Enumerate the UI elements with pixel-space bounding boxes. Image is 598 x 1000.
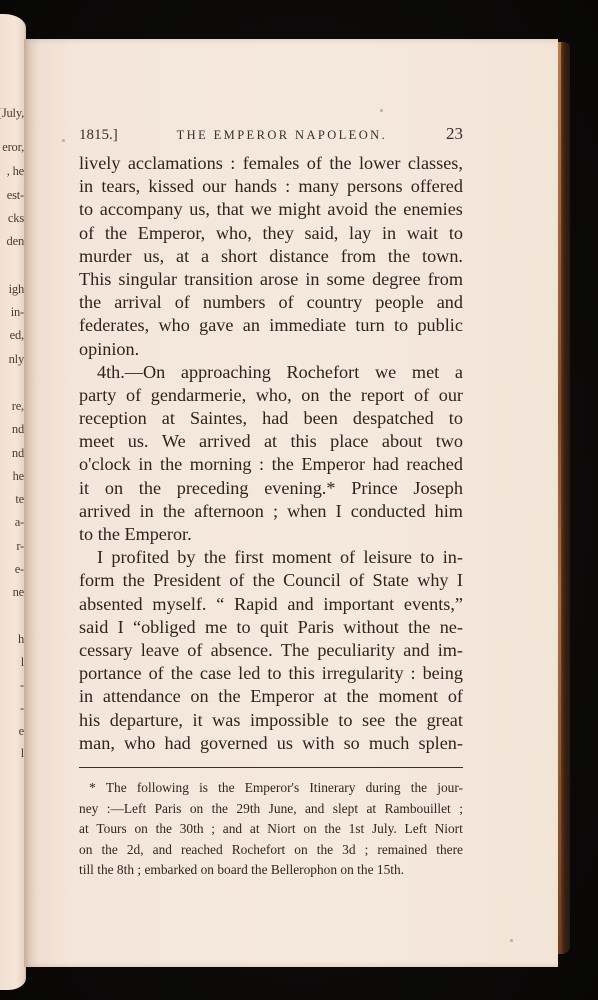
- body-line: absentedmyself.“Rapidandimportantevents,…: [79, 593, 463, 616]
- running-head-year: 1815.]: [79, 127, 118, 144]
- footnote-line: ney:—LeftParisonthe29thJune,andsleptatRa…: [79, 799, 463, 820]
- body-line: cessaryleaveofabsence.Thepeculiarityandi…: [79, 639, 463, 662]
- left-page-text-fragment: e-: [15, 562, 24, 577]
- left-page-text-fragment: ne: [13, 585, 24, 600]
- body-line: toaccompanyus,thatwemightavoidtheenemies: [79, 198, 463, 221]
- body-line: intears,kissedourhands:manypersonsoffere…: [79, 175, 463, 198]
- left-page-text-fragment: nly: [9, 352, 24, 367]
- body-line: opinion.: [79, 338, 463, 361]
- left-page-text-fragment: , he: [7, 164, 24, 179]
- body-line: murderus,atashortdistancefromthetown.: [79, 245, 463, 268]
- paper-speck: [380, 109, 383, 112]
- left-page-text-fragment: igh: [9, 282, 24, 297]
- paper-speck: [62, 139, 65, 142]
- body-line: formthePresidentoftheCouncilofStatewhyI: [79, 569, 463, 592]
- running-head: 1815.] THE EMPEROR NAPOLEON. 23: [79, 124, 463, 144]
- left-facing-page-edge: [July,eror,, heest-cksdenighin-ed,nlyre,…: [0, 14, 26, 990]
- body-line: 4th.—OnapproachingRochefortwemeta: [79, 361, 463, 384]
- left-page-text-fragment: ed,: [10, 328, 24, 343]
- footnote-line: *ThefollowingistheEmperor'sItineraryduri…: [79, 778, 463, 799]
- body-line: partyofgendarmerie,who,onthereportofour: [79, 384, 463, 407]
- left-page-text-fragment: te: [15, 492, 24, 507]
- body-line: arrivedintheafternoon;whenIconductedhim: [79, 500, 463, 523]
- body-line: receptionatSaintes,hadbeendespatchedto: [79, 407, 463, 430]
- body-text: livelyacclamations:femalesofthelowerclas…: [79, 152, 463, 755]
- left-page-text-fragment: he: [13, 469, 24, 484]
- left-page-text-fragment: re,: [12, 399, 24, 414]
- body-line: inattendanceontheEmperoratthemomentof: [79, 685, 463, 708]
- page-number: 23: [446, 124, 463, 144]
- body-line: to the Emperor.: [79, 523, 463, 546]
- left-page-text-fragment: nd: [12, 422, 24, 437]
- footnote-rule: [79, 767, 463, 768]
- footnote-line: onthe2d,andreachedRochefortonthe3d;remai…: [79, 840, 463, 861]
- body-line: Iprofitedbythefirstmomentofleisuretoin-: [79, 546, 463, 569]
- left-page-text-fragment: in-: [11, 305, 24, 320]
- footnote-line: atToursonthe30th;andatNiortonthe1stJuly.…: [79, 819, 463, 840]
- body-line: livelyacclamations:femalesofthelowerclas…: [79, 152, 463, 175]
- footnote: *ThefollowingistheEmperor'sItineraryduri…: [79, 778, 463, 881]
- left-page-text-fragment: eror,: [2, 140, 24, 155]
- leather-binding-edge: [556, 42, 570, 954]
- left-page-text-fragment: den: [7, 234, 24, 249]
- body-line: itontheprecedingevening.*PrinceJoseph: [79, 477, 463, 500]
- body-line: Thissingulartransitionaroseinsomedegreef…: [79, 268, 463, 291]
- running-head-title: THE EMPEROR NAPOLEON.: [177, 128, 387, 143]
- left-page-text-fragment: nd: [12, 446, 24, 461]
- body-line: thearrivalofnumbersofcountrypeopleand: [79, 291, 463, 314]
- body-line: hisdeparture,itwasimpossibletoseethegrea…: [79, 709, 463, 732]
- left-page-text-fragment: cks: [8, 211, 24, 226]
- left-page-text-fragment: r-: [16, 539, 24, 554]
- body-line: man,whohadgoverneduswithsomuchsplen-: [79, 732, 463, 755]
- left-page-text-fragment: est-: [7, 188, 24, 203]
- body-line: saidI“obligedmetoquitPariswithoutthene-: [79, 616, 463, 639]
- left-page-text-fragment: [July,: [0, 106, 24, 121]
- body-line: federates,whogaveanimmediateturntopublic: [79, 314, 463, 337]
- left-page-text-fragment: a-: [15, 515, 24, 530]
- footnote-line: till the 8th ; embarked on board the Bel…: [79, 860, 463, 881]
- body-line: portanceofthecaseledtothisirregularity:b…: [79, 662, 463, 685]
- body-line: oftheEmperor,who,theysaid,layinwaitto: [79, 222, 463, 245]
- body-line: meetus.Wearrivedatthisplaceabouttwo: [79, 430, 463, 453]
- paper-speck: [510, 939, 513, 942]
- body-line: o'clockinthemorning:theEmperorhadreached: [79, 453, 463, 476]
